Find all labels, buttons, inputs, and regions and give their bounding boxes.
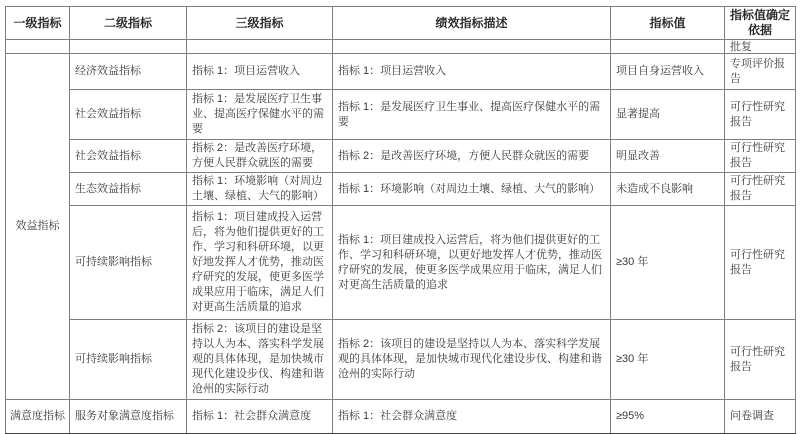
cell-level3: 指标 2：是改善医疗环境，方便人民群众就医的需要 [187, 140, 333, 173]
cell-level2: 经济效益指标 [70, 54, 187, 90]
cell-level2: 社会效益指标 [70, 140, 187, 173]
header-level1-indicator: 一级指标 [6, 7, 70, 40]
cell-level3: 指标 1：社会群众满意度 [187, 400, 333, 434]
cell-value: ≥30 年 [611, 206, 725, 320]
cell-value: 未造成不良影响 [611, 173, 725, 206]
cell-value: 项目自身运营收入 [611, 54, 725, 90]
table-row-satisfaction: 满意度指标 服务对象满意度指标 指标 1：社会群众满意度 指标 1：社会群众满意… [6, 400, 796, 434]
cell-level3: 指标 1：项目运营收入 [187, 54, 333, 90]
table-row-approval: 批复 [6, 40, 796, 54]
table-row-social-benefit-1: 社会效益指标 指标 1：是发展医疗卫生事业、提高医疗保健水平的需要 指标 1：是… [6, 90, 796, 140]
cell-description: 指标 1：是发展医疗卫生事业、提高医疗保健水平的需要 [333, 90, 611, 140]
cell-level1-benefit: 效益指标 [6, 54, 70, 400]
cell-level2: 生态效益指标 [70, 173, 187, 206]
cell-description: 指标 1：项目运营收入 [333, 54, 611, 90]
cell-level1-empty [6, 40, 70, 54]
cell-level3: 指标 1：环境影响（对周边土壤、绿植、大气的影响） [187, 173, 333, 206]
cell-basis: 可行性研究报告 [725, 173, 796, 206]
cell-basis: 专项评价报告 [725, 54, 796, 90]
cell-value: 明显改善 [611, 140, 725, 173]
cell-level2: 可持续影响指标 [70, 206, 187, 320]
cell-basis: 可行性研究报告 [725, 320, 796, 400]
cell-level2: 社会效益指标 [70, 90, 187, 140]
cell-level1-satisfaction: 满意度指标 [6, 400, 70, 434]
cell-level2-empty [70, 40, 187, 54]
cell-value: ≥95% [611, 400, 725, 434]
cell-value: ≥30 年 [611, 320, 725, 400]
cell-description: 指标 2：该项目的建设是坚持以人为本、落实科学发展观的具体体现，是加快城市现代化… [333, 320, 611, 400]
cell-level3: 指标 1：项目建成投入运营后，将为他们提供更好的工作、学习和科研环境，以更好地发… [187, 206, 333, 320]
table-row-sustainable-impact-2: 可持续影响指标 指标 2：该项目的建设是坚持以人为本、落实科学发展观的具体体现，… [6, 320, 796, 400]
header-level2-indicator: 二级指标 [70, 7, 187, 40]
cell-level2: 服务对象满意度指标 [70, 400, 187, 434]
header-level3-indicator: 三级指标 [187, 7, 333, 40]
table-row-social-benefit-2: 社会效益指标 指标 2：是改善医疗环境，方便人民群众就医的需要 指标 2：是改善… [6, 140, 796, 173]
cell-basis: 可行性研究报告 [725, 206, 796, 320]
cell-basis: 问卷调查 [725, 400, 796, 434]
cell-description: 指标 1：社会群众满意度 [333, 400, 611, 434]
cell-value-empty [611, 40, 725, 54]
table-row-sustainable-impact-1: 可持续影响指标 指标 1：项目建成投入运营后，将为他们提供更好的工作、学习和科研… [6, 206, 796, 320]
cell-basis-approval: 批复 [725, 40, 796, 54]
cell-description: 指标 1：项目建成投入运营后，将为他们提供更好的工作、学习和科研环境，以更好地发… [333, 206, 611, 320]
header-indicator-value: 指标值 [611, 7, 725, 40]
cell-level3: 指标 2：该项目的建设是坚持以人为本、落实科学发展观的具体体现，是加快城市现代化… [187, 320, 333, 400]
header-value-basis: 指标值确定依据 [725, 7, 796, 40]
table-header-row: 一级指标 二级指标 三级指标 绩效指标描述 指标值 指标值确定依据 [6, 7, 796, 40]
table-row-economic-benefit: 效益指标 经济效益指标 指标 1：项目运营收入 指标 1：项目运营收入 项目自身… [6, 54, 796, 90]
cell-level3: 指标 1：是发展医疗卫生事业、提高医疗保健水平的需要 [187, 90, 333, 140]
cell-level3-empty [187, 40, 333, 54]
performance-indicator-table: 一级指标 二级指标 三级指标 绩效指标描述 指标值 指标值确定依据 批复 效益指… [5, 6, 796, 434]
document-page: 一级指标 二级指标 三级指标 绩效指标描述 指标值 指标值确定依据 批复 效益指… [0, 0, 800, 434]
cell-level2: 可持续影响指标 [70, 320, 187, 400]
cell-basis: 可行性研究报告 [725, 140, 796, 173]
cell-description: 指标 1：环境影响（对周边土壤、绿植、大气的影响） [333, 173, 611, 206]
cell-description-empty [333, 40, 611, 54]
cell-value: 显著提高 [611, 90, 725, 140]
cell-description: 指标 2：是改善医疗环境，方便人民群众就医的需要 [333, 140, 611, 173]
table-row-ecological-benefit: 生态效益指标 指标 1：环境影响（对周边土壤、绿植、大气的影响） 指标 1：环境… [6, 173, 796, 206]
header-performance-description: 绩效指标描述 [333, 7, 611, 40]
cell-basis: 可行性研究报告 [725, 90, 796, 140]
